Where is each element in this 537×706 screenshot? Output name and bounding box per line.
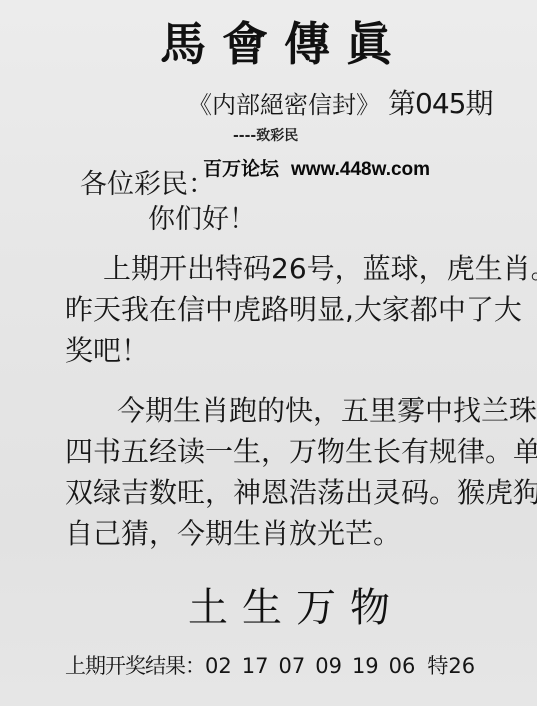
result-number: 19	[352, 654, 379, 678]
paragraph-line: 双绿吉数旺，神恩浩荡出灵码。猴虎狗鼠	[65, 472, 485, 513]
watermark: 百万论坛www.448w.com	[203, 158, 430, 182]
signoff: ----致彩民	[233, 127, 298, 145]
result-number: 09	[315, 654, 342, 678]
document-subtitle: 《内部絕密信封》第045期	[188, 86, 492, 123]
paragraph-line: 今期生肖跑的快，五里雾中找兰珠。	[65, 390, 485, 431]
hello-line: 你们好！	[148, 203, 256, 237]
result-number: 06	[389, 654, 416, 678]
document-page: 馬會傳眞 《内部絕密信封》第045期 ----致彩民 百万论坛www.448w.…	[0, 0, 537, 706]
result-number: 02	[205, 654, 232, 678]
last-draw-result: 上期开奖结果：021707091906特26	[65, 652, 475, 680]
paragraph-line: 自己猜，今期生肖放光芒。	[65, 513, 485, 554]
motto: 土生万物	[188, 584, 404, 632]
result-special-number: 特26	[427, 654, 475, 678]
result-number: 07	[278, 654, 305, 678]
paragraph-line: 四书五经读一生，万物生长有规律。单红	[65, 431, 485, 472]
result-label: 上期开奖结果：	[65, 654, 205, 678]
greeting: 各位彩民：	[80, 168, 215, 202]
paragraph-previous-result: 上期开出特码26号，蓝球，虎生肖。 昨天我在信中虎路明显,大家都中了大 奖吧！	[65, 248, 485, 371]
paragraph-line: 上期开出特码26号，蓝球，虎生肖。	[65, 248, 485, 289]
subtitle-bracket-text: 《内部絕密信封》	[188, 91, 380, 119]
paragraph-line: 奖吧！	[65, 330, 485, 371]
paragraph-hint-poem: 今期生肖跑的快，五里雾中找兰珠。 四书五经读一生，万物生长有规律。单红 双绿吉数…	[65, 390, 485, 554]
result-number: 17	[242, 654, 269, 678]
watermark-url: www.448w.com	[291, 159, 430, 180]
paragraph-line: 昨天我在信中虎路明显,大家都中了大	[65, 289, 485, 330]
issue-number: 第045期	[388, 87, 492, 120]
document-title: 馬會傳眞	[160, 18, 400, 70]
